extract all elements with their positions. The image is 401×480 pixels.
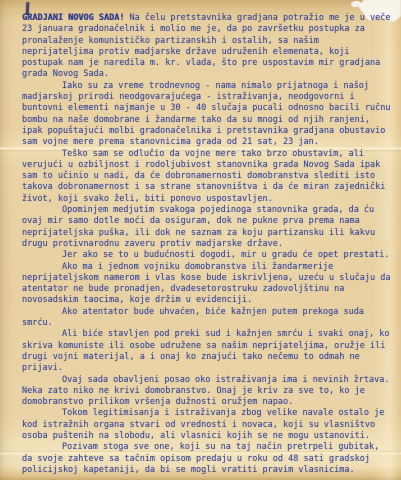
paragraph: Ovaj sada obavljeni posao oko istraživan… — [22, 375, 393, 409]
paragraph: Jer ako se to u budućnosti dogodi, mir u… — [22, 250, 393, 261]
paragraph: Tokom legitimisanja i istraživanja zbog … — [22, 408, 393, 442]
paragraph: GRADJANI NOVOG SADA! Na čelu pretstavnik… — [22, 13, 393, 81]
paragraph: Ali biće stavljen pod preki sud i kažnje… — [22, 329, 393, 374]
paragraph: Pozivam stoga sve one, koji su na taj na… — [22, 442, 393, 476]
salutation: GRADJANI NOVOG SADA! — [22, 13, 124, 23]
document-text: GRADJANI NOVOG SADA! Na čelu pretstavnik… — [22, 13, 393, 476]
paragraph: Ako ma i jednom vojniku domobranstva ili… — [22, 262, 393, 307]
paragraph: Iako su za vreme trodnevnog - nama nimal… — [22, 81, 393, 149]
paragraph: Opominjem medjutim svakoga pojedinoga st… — [22, 205, 393, 250]
document-page: GRADJANI NOVOG SADA! Na čelu pretstavnik… — [0, 0, 401, 480]
paragraph: Ako atentator bude uhvaćen, biće kažnjen… — [22, 307, 393, 330]
paragraph: Teško sam se odlučio da vojne mere tako … — [22, 149, 393, 205]
